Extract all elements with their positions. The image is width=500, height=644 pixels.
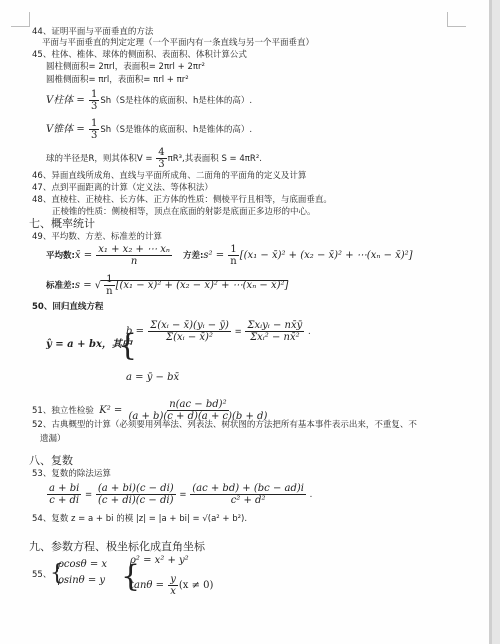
item-55-label: 55、 (32, 570, 51, 580)
item-52: 52、古典概型的计算（必须要用列举法、列表法、树状图的方法把所有基本事件表示出来… (32, 420, 417, 430)
item-53-title: 53、复数的除法运算 (32, 469, 111, 479)
item-47: 47、点到平面距离的计算（定义法、等体积法） (32, 183, 213, 193)
crop-mark-top-right (447, 12, 466, 27)
polar-tan: tanθ = yx(x ≠ 0) (130, 574, 213, 597)
regression-b: b = Σ(xᵢ − x̄)(yᵢ − ȳ)Σ(xᵢ − x̄)² = Σxᵢy… (126, 320, 311, 343)
cylinder-formula: 圆柱侧面积= 2πrl，表面积= 2πrl + 2πr² (46, 62, 205, 72)
complex-division: a + bic + di = (a + bi)(c − di)(c + di)(… (46, 483, 312, 506)
item-44-sub: 平面与平面垂直的判定定理（一个平面内有一条直线与另一个平面垂直） (42, 38, 314, 48)
item-51: 51、独立性检验 K² = n(ac − bd)²(a + b)(c + d)(… (32, 399, 270, 422)
variance-formula: 方差:s² = 1n[(x₁ − x̄)² + (x₂ − x̄)² + ⋯(x… (183, 244, 413, 267)
crop-mark-top-left (11, 12, 30, 27)
prism-volume: V柱体 = 13Sh（S是柱体的底面积、h是柱体的高）. (46, 89, 252, 112)
cone-formula: 圆椎侧面积= πrl，表面积= πrl + πr² (46, 75, 189, 85)
document-page: 44、证明平面与平面垂直的方法 平面与平面垂直的判定定理（一个平面内有一条直线与… (0, 0, 489, 644)
std-formula: 标准差:s = √1n[(x₁ − x̄)² + (x₂ − x̄)² + ⋯(… (46, 274, 288, 297)
mean-formula: 平均数:x̄ = x₁ + x₂ + ⋯ xₙn (46, 244, 173, 267)
item-48: 48、直棱柱、正棱柱、长方体、正方体的性质：侧棱平行且相等，与底面垂直。 (32, 195, 332, 205)
section-7-heading: 七、概率统计 (29, 219, 95, 229)
polar-y: ρsinθ = y (58, 576, 105, 586)
section-8-heading: 八、复数 (29, 456, 73, 466)
item-52b: 遗漏） (40, 434, 66, 444)
item-46: 46、异面直线所成角、直线与平面所成角、二面角的平面角的定义及计算 (32, 171, 306, 181)
sphere-formula: 球的半径是R，则其体积V = 43πR³,其表面积 S = 4πR². (46, 147, 262, 170)
item-50-title: 50、回归直线方程 (32, 302, 103, 312)
section-9-heading: 九、参数方程、极坐标化成直角坐标 (29, 542, 205, 552)
item-45-title: 45、柱体、椎体、球体的侧面积、表面积、体积计算公式 (32, 50, 247, 60)
item-44-title: 44、证明平面与平面垂直的方法 (32, 27, 153, 37)
cone-volume: V锥体 = 13Sh（S是锥体的底面积、h是锥体的高）. (46, 118, 252, 141)
item-48b: 正棱锥的性质：侧棱相等，顶点在底面的射影是底面正多边形的中心。 (52, 207, 316, 217)
polar-rho: ρ² = x² + y² (130, 556, 189, 566)
item-49-title: 49、平均数、方差、标准差的计算 (32, 232, 162, 242)
polar-x: ρcosθ = x (58, 560, 107, 570)
window-scrollbar[interactable] (489, 0, 500, 644)
regression-a: a = ȳ − bx̄ (126, 373, 179, 383)
item-54: 54、复数 z = a + bi 的模 |z| = |a + bi| = √(a… (32, 514, 247, 524)
